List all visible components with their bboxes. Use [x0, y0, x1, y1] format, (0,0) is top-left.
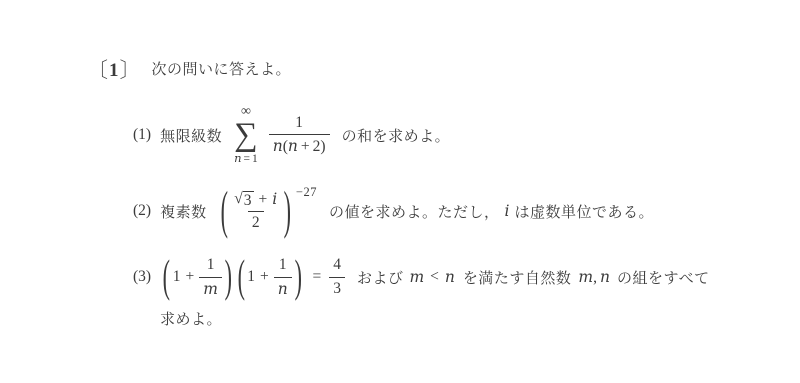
open-big-paren: ( — [163, 254, 170, 300]
constant-1: 1 — [247, 268, 255, 286]
rhs-fraction: 4 3 — [329, 254, 345, 299]
constant-1: 1 — [173, 268, 181, 286]
variable-m: m — [203, 279, 218, 299]
factor-2-body: 1 + 1 n — [247, 254, 291, 299]
fraction-denominator: m — [199, 277, 222, 300]
lower-limit-value: 1 — [252, 153, 258, 165]
summation-symbol: ∞ ∑ n=1 — [233, 105, 259, 166]
exam-page: 〔 1 〕 次の問いに答えよ。 (1) 無限級数 ∞ ∑ n=1 1 n(n+2… — [0, 0, 800, 383]
imaginary-unit: i — [272, 189, 277, 209]
open-big-paren: ( — [220, 184, 227, 237]
inequality: m<n — [409, 268, 454, 286]
radical-sign: √ — [234, 190, 243, 210]
fraction-denominator: 3 — [329, 277, 345, 300]
subproblem-3-label: (3) — [133, 268, 151, 286]
fraction-denominator: n(n+2) — [269, 134, 330, 158]
comma: , — [593, 269, 597, 287]
variable-m: m — [578, 268, 593, 286]
square-root: √3 — [234, 191, 253, 211]
subproblem-2-lead-text: 複素数 — [160, 201, 207, 222]
sigma-glyph: ∑ — [234, 120, 258, 151]
close-paren: ) — [320, 137, 325, 157]
variable-n: n — [278, 279, 288, 299]
fraction-denominator: n — [274, 277, 292, 300]
factor-1-body: 1 + 1 m — [173, 254, 222, 299]
exponent: −27 — [296, 185, 317, 200]
variable-n: n — [600, 268, 610, 286]
fraction-numerator: 4 — [329, 254, 345, 276]
close-big-paren: ) — [294, 254, 301, 300]
close-big-paren: ) — [225, 254, 232, 300]
subproblem-3-tail-text-2: の組をすべて — [617, 267, 710, 288]
open-big-paren: ( — [237, 254, 244, 300]
plus-sign: + — [259, 190, 268, 210]
summation-lower-limit: n=1 — [233, 153, 259, 166]
variable-pair: m,n — [578, 268, 610, 287]
variable-n: n — [288, 136, 298, 156]
subproblem-2: (2) 複素数 ( √3 + i 2 ) −27 の値を求めよ。ただし， i は… — [133, 183, 654, 239]
index-variable: n — [234, 151, 241, 165]
subproblem-3-final-text: 求めよ。 — [160, 308, 222, 329]
subproblem-1-label: (1) — [133, 126, 151, 144]
equals-sign: = — [244, 153, 251, 165]
fraction-numerator: 1 — [203, 254, 219, 276]
close-big-paren: ) — [284, 184, 291, 237]
less-than-sign: < — [430, 268, 439, 286]
subproblem-3: (3) ( 1 + 1 m ) ( 1 + 1 n — [133, 249, 710, 305]
subproblem-1: (1) 無限級数 ∞ ∑ n=1 1 n(n+2) の和を求めよ。 — [133, 102, 450, 168]
subproblem-1-tail-text: の和を求めよ。 — [342, 125, 451, 146]
conjunction-text: および — [357, 267, 404, 288]
problem-number-value: 1 — [109, 61, 119, 80]
problem-number: 〔 1 〕 — [87, 60, 141, 81]
problem-heading: 〔 1 〕 次の問いに答えよ。 — [87, 60, 291, 81]
heading-text: 次の問いに答えよ。 — [152, 63, 292, 78]
fraction-numerator: 1 — [291, 112, 307, 134]
series-term-fraction: 1 n(n+2) — [269, 112, 330, 158]
subproblem-3-continued: 求めよ。 — [160, 306, 222, 330]
complex-number-expression: ( √3 + i 2 ) −27 — [218, 188, 317, 235]
subproblem-1-lead-text: 無限級数 — [160, 125, 222, 146]
factor-2: ( 1 + 1 n ) — [235, 254, 305, 299]
constant-2: 2 — [313, 137, 321, 157]
radicand-3: 3 — [243, 191, 254, 211]
open-tortoise-bracket: 〔 — [87, 60, 108, 81]
fraction-numerator: 1 — [275, 254, 291, 276]
fraction-1-over-m: 1 m — [199, 254, 222, 299]
plus-sign: + — [260, 268, 269, 286]
equals-sign: = — [312, 268, 321, 286]
fraction-numerator: √3 + i — [230, 188, 281, 212]
plus-sign: + — [301, 137, 310, 157]
variable-n: n — [273, 136, 283, 156]
variable-n: n — [445, 268, 455, 286]
factor-1: ( 1 + 1 m ) — [160, 254, 235, 299]
variable-m: m — [409, 268, 424, 286]
plus-sign: + — [186, 268, 195, 286]
subproblem-2-tail-text-2: は虚数単位である。 — [514, 201, 654, 222]
subproblem-2-tail-text: の値を求めよ。ただし， — [329, 201, 500, 222]
fraction-1-over-n: 1 n — [274, 254, 292, 299]
complex-fraction: √3 + i 2 — [230, 188, 281, 235]
close-tortoise-bracket: 〕 — [120, 60, 141, 81]
subproblem-2-label: (2) — [133, 202, 151, 220]
subproblem-3-tail-text: を満たす自然数 — [463, 267, 572, 288]
imaginary-unit: i — [505, 202, 510, 220]
fraction-denominator: 2 — [248, 211, 264, 234]
